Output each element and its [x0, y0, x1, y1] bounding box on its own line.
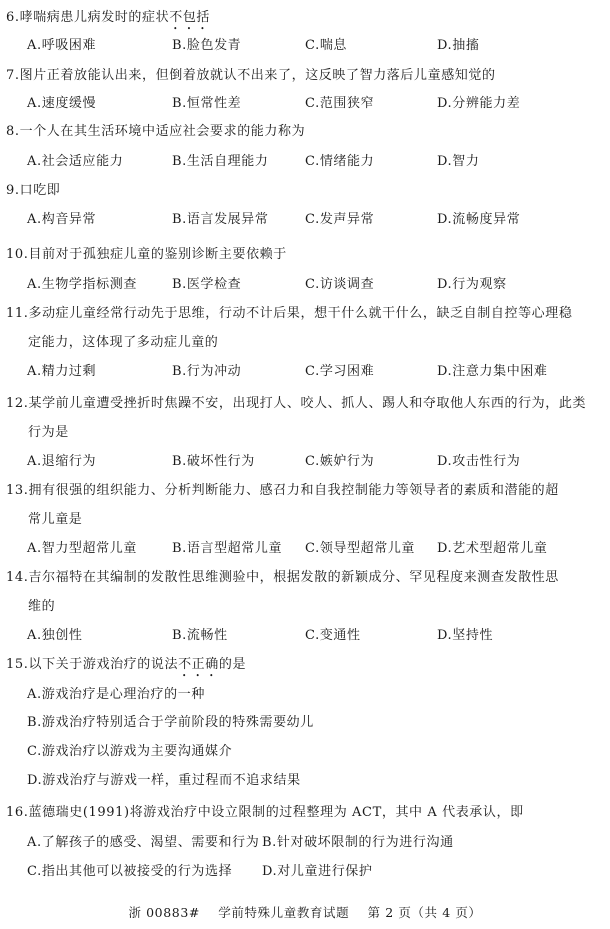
option-10b: B.医学检查: [172, 277, 241, 293]
option-7c: C.范围狭窄: [305, 96, 374, 112]
option-6d: D.抽搐: [437, 38, 480, 54]
question-15-stem: 15.以下关于游戏治疗的说法不正确的是: [6, 657, 246, 680]
question-7-stem: 7.图片正着放能认出来，但倒着放就认不出来了，这反映了智力落后儿童感知觉的: [6, 68, 496, 84]
option-9c: C.发声异常: [305, 212, 374, 228]
option-6c: C.喘息: [305, 38, 347, 54]
question-14-stem: 14.吉尔福特在其编制的发散性思维测验中，根据发散的新颖成分、罕见程度来测查发散…: [6, 570, 559, 586]
option-6b: B.脸色发青: [172, 38, 241, 54]
emphasis-text: 不正确: [178, 657, 219, 672]
option-11a: A.精力过剩: [27, 364, 96, 380]
option-15b: B.游戏治疗特别适合于学前阶段的特殊需要幼儿: [27, 715, 314, 731]
option-10c: C.访谈调查: [305, 277, 374, 293]
option-16a: A.了解孩子的感受、渴望、需要和行为: [27, 835, 259, 851]
question-13-stem-cont: 常儿童是: [28, 512, 82, 528]
stem-text: 15.以下关于游戏治疗的说法: [6, 657, 178, 672]
option-8c: C.情绪能力: [305, 154, 374, 170]
question-9-stem: 9.口吃即: [6, 183, 60, 199]
option-9d: D.流畅度异常: [437, 212, 520, 228]
option-8d: D.智力: [437, 154, 480, 170]
question-14-stem-cont: 维的: [28, 599, 55, 615]
option-9a: A.构音异常: [27, 212, 96, 228]
option-12a: A.退缩行为: [27, 454, 96, 470]
option-11c: C.学习困难: [305, 364, 374, 380]
option-10d: D.行为观察: [437, 277, 507, 293]
option-11d: D.注意力集中困难: [437, 364, 548, 380]
question-13-stem: 13.拥有很强的组织能力、分析判断能力、感召力和自我控制能力等领导者的素质和潜能…: [6, 483, 559, 499]
option-14d: D.坚持性: [437, 628, 493, 644]
option-14a: A.独创性: [27, 628, 83, 644]
page-footer: 浙 00883# 学前特殊儿童教育试题 第 2 页（共 4 页）: [0, 903, 610, 921]
question-11-stem-cont: 定能力，这体现了多动症儿童的: [28, 335, 218, 351]
question-12-stem: 12.某学前儿童遭受挫折时焦躁不安，出现打人、咬人、抓人、踢人和夺取他人东西的行…: [6, 396, 586, 412]
question-8-stem: 8.一个人在其生活环境中适应社会要求的能力称为: [6, 124, 305, 140]
option-11b: B.行为冲动: [172, 364, 241, 380]
option-12c: C.嫉妒行为: [305, 454, 374, 470]
question-12-stem-cont: 行为是: [28, 425, 69, 441]
option-14c: C.变通性: [305, 628, 361, 644]
option-15d: D.游戏治疗与游戏一样，重过程而不追求结果: [27, 773, 301, 789]
emphasis-text: 不包括: [169, 10, 210, 25]
option-9b: B.语言发展异常: [172, 212, 269, 228]
option-7a: A.速度缓慢: [27, 96, 96, 112]
option-7b: B.恒常性差: [172, 96, 241, 112]
option-15a: A.游戏治疗是心理治疗的一种: [27, 687, 205, 703]
question-11-stem: 11.多动症儿童经常行动先于思维，行动不计后果，想干什么就干什么，缺乏自制自控等…: [6, 306, 572, 322]
option-13d: D.艺术型超常儿童: [437, 541, 548, 557]
option-10a: A.生物学指标测查: [27, 277, 137, 293]
option-13b: B.语言型超常儿童: [172, 541, 282, 557]
option-8b: B.生活自理能力: [172, 154, 269, 170]
option-8a: A.社会适应能力: [27, 154, 123, 170]
question-6-stem: 6.哮喘病患儿病发时的症状不包括: [6, 10, 210, 33]
option-16b: B.针对破坏限制的行为进行沟通: [262, 835, 454, 851]
stem-text: 6.哮喘病患儿病发时的症状: [6, 10, 169, 25]
option-16d: D.对儿童进行保护: [262, 864, 373, 880]
option-13c: C.领导型超常儿童: [305, 541, 415, 557]
option-12d: D.攻击性行为: [437, 454, 520, 470]
question-16-stem: 16.蓝德瑞史(1991)将游戏治疗中设立限制的过程整理为 ACT，其中 A 代…: [6, 805, 524, 821]
option-15c: C.游戏治疗以游戏为主要沟通媒介: [27, 744, 232, 760]
option-16c: C.指出其他可以被接受的行为选择: [27, 864, 232, 880]
option-7d: D.分辨能力差: [437, 96, 520, 112]
stem-text-post: 的是: [219, 657, 246, 672]
question-10-stem: 10.目前对于孤独症儿童的鉴别诊断主要依赖于: [6, 247, 287, 263]
option-6a: A.呼吸困难: [27, 38, 96, 54]
option-12b: B.破坏性行为: [172, 454, 255, 470]
option-14b: B.流畅性: [172, 628, 228, 644]
option-13a: A.智力型超常儿童: [27, 541, 137, 557]
